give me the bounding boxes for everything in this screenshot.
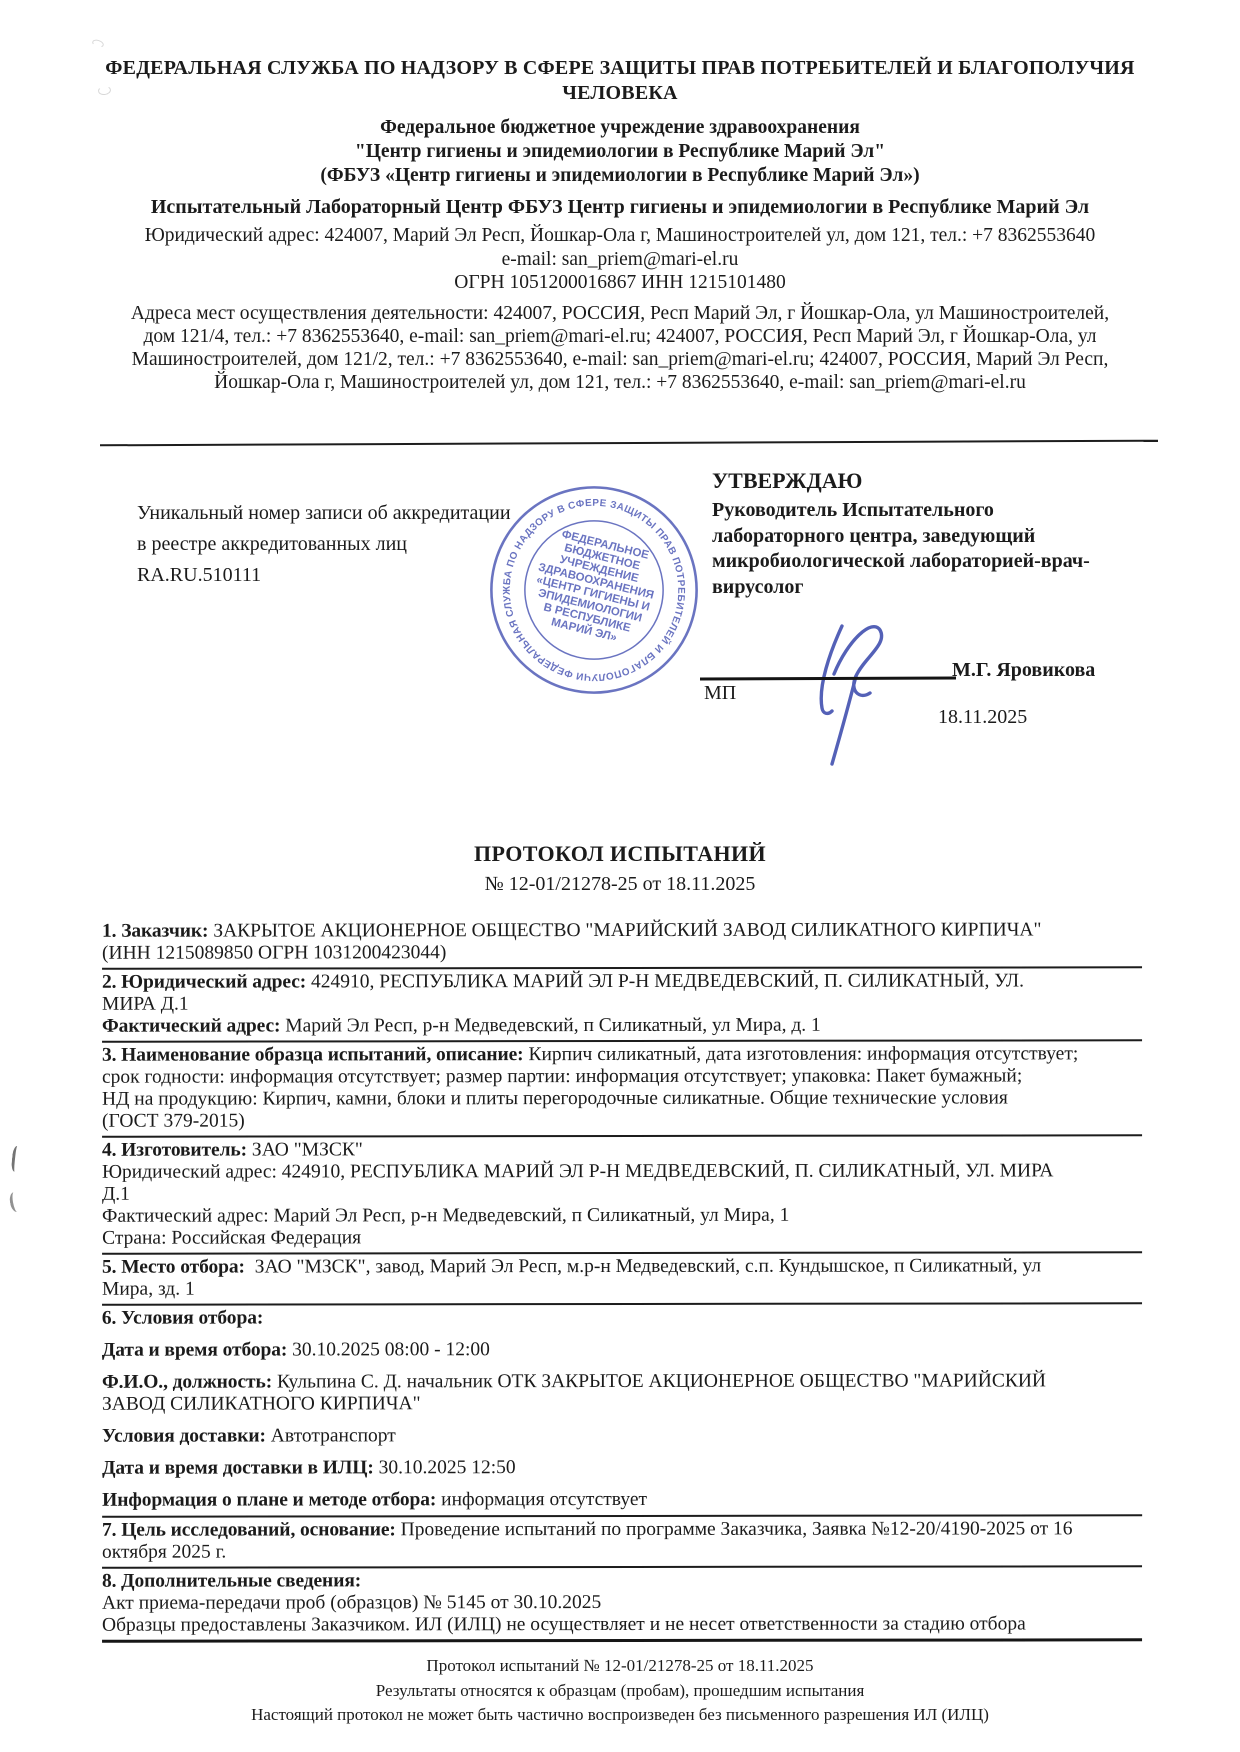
- section-6: 6. Условия отбора:Дата и время отбора: 3…: [102, 1304, 1142, 1517]
- section-row: Юридический адрес: 424910, РЕСПУБЛИКА МА…: [102, 1160, 1142, 1205]
- signature-line: [700, 677, 956, 681]
- activity-address-line: Адреса мест осуществления деятельности: …: [0, 302, 1240, 325]
- row-label: 2. Юридический адрес:: [102, 971, 306, 992]
- scan-artifact: [8, 1191, 22, 1213]
- row-label: Информация о плане и методе отбора:: [102, 1489, 436, 1510]
- section-row: Акт приема-передачи проб (образцов) № 51…: [102, 1591, 1142, 1614]
- contact-line: Юридический адрес: 424007, Марий Эл Респ…: [0, 224, 1240, 248]
- approver-position-line: вирусолог: [712, 575, 1157, 601]
- row-label: Фактический адрес:: [102, 1015, 280, 1036]
- section-2: 2. Юридический адрес: 424910, РЕСПУБЛИКА…: [102, 968, 1142, 1042]
- contact-block: Юридический адрес: 424007, Марий Эл Респ…: [0, 224, 1240, 295]
- activity-addresses: Адреса мест осуществления деятельности: …: [0, 302, 1240, 394]
- row-label: 4. Изготовитель:: [102, 1140, 247, 1161]
- section-1: 1. Заказчик: ЗАКРЫТОЕ АКЦИОНЕРНОЕ ОБЩЕСТ…: [102, 917, 1142, 969]
- row-label: Условия доставки:: [102, 1425, 266, 1446]
- scan-artifact: [11, 1146, 24, 1173]
- section-8: 8. Дополнительные сведения:Акт приема-пе…: [102, 1567, 1142, 1642]
- approval-block: УТВЕРЖДАЮ Руководитель Испытательноголаб…: [712, 468, 1157, 600]
- approver-position-line: Руководитель Испытательного: [712, 498, 1157, 524]
- contact-line: ОГРН 1051200016867 ИНН 1215101480: [0, 271, 1240, 295]
- footer-line: Результаты относятся к образцам (пробам)…: [0, 1679, 1240, 1704]
- section-row: 2. Юридический адрес: 424910, РЕСПУБЛИКА…: [102, 970, 1142, 1015]
- section-row: 3. Наименование образца испытаний, описа…: [102, 1043, 1142, 1132]
- protocol-number: № 12-01/21278-25 от 18.11.2025: [0, 873, 1240, 896]
- approver-position: Руководитель Испытательноголабораторного…: [712, 498, 1157, 600]
- scan-artifact: [91, 38, 105, 48]
- row-label: 1. Заказчик:: [102, 921, 208, 942]
- section-row: Дата и время доставки в ИЛЦ: 30.10.2025 …: [102, 1456, 1142, 1479]
- section-row: Образцы предоставлены Заказчиком. ИЛ (ИЛ…: [102, 1613, 1142, 1636]
- row-label: 6. Условия отбора:: [102, 1308, 263, 1329]
- section-3: 3. Наименование образца испытаний, описа…: [102, 1041, 1142, 1137]
- row-label: 5. Место отбора:: [102, 1257, 245, 1278]
- section-row: Фактический адрес: Марий Эл Респ, р-н Ме…: [102, 1204, 1142, 1227]
- section-row: 8. Дополнительные сведения:: [102, 1569, 1142, 1592]
- section-5: 5. Место отбора: ЗАО "МЗСК", завод, Мари…: [102, 1253, 1142, 1305]
- row-label: 8. Дополнительные сведения:: [102, 1570, 361, 1591]
- section-row: Условия доставки: Автотранспорт: [102, 1424, 1142, 1447]
- federal-service-name: ФЕДЕРАЛЬНАЯ СЛУЖБА ПО НАДЗОРУ В СФЕРЕ ЗА…: [0, 56, 1240, 106]
- stamp-center-text: ФЕДЕРАЛЬНОЕБЮДЖЕТНОЕУЧРЕЖДЕНИЕЗДРАВООХРА…: [525, 525, 664, 650]
- row-label: 3. Наименование образца испытаний, описа…: [102, 1044, 524, 1066]
- row-label: Дата и время доставки в ИЛЦ:: [102, 1457, 374, 1478]
- section-4: 4. Изготовитель: ЗАО "МЗСК"Юридический а…: [102, 1136, 1142, 1254]
- section-row: Ф.И.О., должность: Кульпина С. Д. началь…: [102, 1370, 1142, 1415]
- org-line: ЧЕЛОВЕКА: [0, 81, 1240, 106]
- institution-line: Федеральное бюджетное учреждение здравоо…: [0, 116, 1240, 140]
- approver-position-line: лабораторного центра, заведующий: [712, 524, 1157, 550]
- activity-address-line: Йошкар-Ола г, Машиностроителей ул, дом 1…: [0, 371, 1240, 394]
- protocol-sections: 1. Заказчик: ЗАКРЫТОЕ АКЦИОНЕРНОЕ ОБЩЕСТ…: [102, 918, 1142, 1642]
- page-footer: Протокол испытаний № 12-01/21278-25 от 1…: [0, 1654, 1240, 1728]
- scanned-protocol-page: ФЕДЕРАЛЬНАЯ СЛУЖБА ПО НАДЗОРУ В СФЕРЕ ЗА…: [0, 0, 1240, 1752]
- signer-name: М.Г. Яровикова: [952, 659, 1095, 682]
- section-row: 5. Место отбора: ЗАО "МЗСК", завод, Мари…: [102, 1255, 1142, 1300]
- section-row: 1. Заказчик: ЗАКРЫТОЕ АКЦИОНЕРНОЕ ОБЩЕСТ…: [102, 919, 1142, 964]
- protocol-title: ПРОТОКОЛ ИСПЫТАНИЙ: [0, 841, 1240, 867]
- activity-address-line: дом 121/4, тел.: +7 8362553640, e-mail: …: [0, 325, 1240, 348]
- round-stamp: ФЕДЕРАЛЬНАЯ СЛУЖБА ПО НАДЗОРУ В СФЕРЕ ЗА…: [486, 482, 702, 698]
- institution-line: (ФБУЗ «Центр гигиены и эпидемиологии в Р…: [0, 164, 1240, 188]
- row-label: 7. Цель исследований, основание:: [102, 1519, 396, 1540]
- signature-ink: [802, 612, 912, 772]
- section-7: 7. Цель исследований, основание: Проведе…: [102, 1516, 1142, 1568]
- mp-mark: МП: [704, 682, 736, 705]
- approval-date: 18.11.2025: [938, 706, 1027, 729]
- row-label: Ф.И.О., должность:: [102, 1371, 272, 1392]
- org-line: ФЕДЕРАЛЬНАЯ СЛУЖБА ПО НАДЗОРУ В СФЕРЕ ЗА…: [0, 56, 1240, 81]
- row-label: Дата и время отбора:: [102, 1339, 287, 1360]
- footer-line: Настоящий протокол не может быть частичн…: [0, 1703, 1240, 1728]
- contact-line: e-mail: san_priem@mari-el.ru: [0, 248, 1240, 272]
- lab-center-name: Испытательный Лабораторный Центр ФБУЗ Це…: [0, 195, 1240, 219]
- header-divider: [100, 440, 1158, 447]
- institution-line: "Центр гигиены и эпидемиологии в Республ…: [0, 140, 1240, 164]
- approval-title: УТВЕРЖДАЮ: [712, 468, 1157, 494]
- activity-address-line: Машиностроителей, дом 121/2, тел.: +7 83…: [0, 348, 1240, 371]
- section-row: Фактический адрес: Марий Эл Респ, р-н Ме…: [102, 1014, 1142, 1037]
- letterhead: ФЕДЕРАЛЬНАЯ СЛУЖБА ПО НАДЗОРУ В СФЕРЕ ЗА…: [0, 56, 1240, 394]
- section-row: 7. Цель исследований, основание: Проведе…: [102, 1518, 1142, 1563]
- section-row: Страна: Российская Федерация: [102, 1226, 1142, 1249]
- section-row: Дата и время отбора: 30.10.2025 08:00 - …: [102, 1338, 1142, 1361]
- institution-name: Федеральное бюджетное учреждение здравоо…: [0, 116, 1240, 188]
- section-row: Информация о плане и методе отбора: инфо…: [102, 1488, 1142, 1511]
- section-row: 6. Условия отбора:: [102, 1306, 1142, 1329]
- approver-position-line: микробиологической лабораторией-врач-: [712, 549, 1157, 575]
- section-row: 4. Изготовитель: ЗАО "МЗСК": [102, 1138, 1142, 1161]
- footer-line: Протокол испытаний № 12-01/21278-25 от 1…: [0, 1654, 1240, 1679]
